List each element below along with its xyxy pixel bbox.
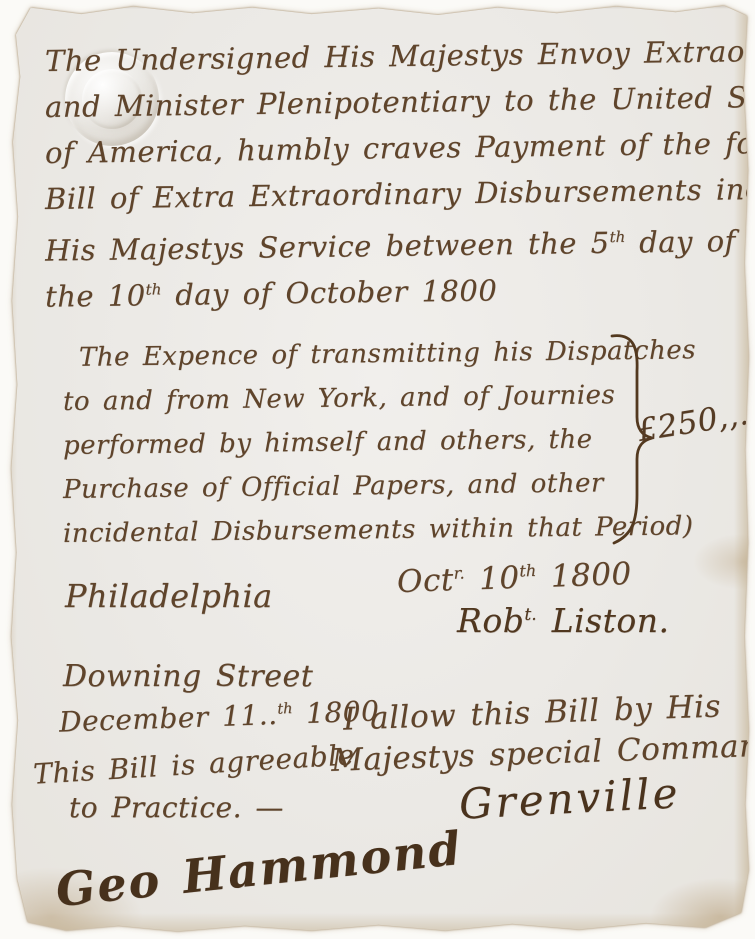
endorsement-date-text: December 11.. <box>59 698 279 739</box>
place-written: Philadelphia <box>65 577 273 615</box>
petition-line-6: the 10th day of October 1800 <box>45 258 755 314</box>
petition-line-6-text: the 10 <box>45 278 146 313</box>
claim-line-5: incidental Disbursements within that Per… <box>63 505 623 556</box>
manuscript-paper-sheet: The Undersigned His Majestys Envoy Extra… <box>7 2 750 935</box>
signature-last: Liston. <box>537 601 670 640</box>
claim-line-1: The Expence of transmitting his Dispatch… <box>63 329 623 380</box>
ordinal-superscript: th <box>145 280 161 298</box>
claim-line-2: to and from New York, and of Journies <box>63 373 623 424</box>
endorsement-address: Downing Street <box>63 659 313 694</box>
date-year: 1800 <box>536 556 632 595</box>
expense-claim-paragraph: The Expence of transmitting his Dispatch… <box>63 336 623 556</box>
abbreviation-superscript: t. <box>524 605 536 625</box>
endorsement-date: December 11..th 1800 <box>59 694 380 738</box>
scanned-document: The Undersigned His Majestys Envoy Extra… <box>0 0 755 939</box>
ordinal-superscript: th <box>519 561 537 581</box>
date-month: Oct <box>396 562 454 600</box>
petition-paragraph: The Undersigned His Majestys Envoy Extra… <box>45 38 755 314</box>
abbreviation-superscript: r. <box>453 563 465 582</box>
petition-line-5-rest: day of July and <box>625 222 755 260</box>
petition-line-6-rest: day of October 1800 <box>161 273 497 312</box>
endorsement-note-line-2: to Practice. — <box>69 791 284 824</box>
signature-first: Rob <box>457 601 524 640</box>
claim-line-4: Purchase of Official Papers, and other <box>63 461 623 512</box>
endorsement-note-line-1: This Bill is agreeable <box>32 738 355 791</box>
ordinal-superscript: th <box>609 228 625 246</box>
date-day: 10 <box>464 560 520 598</box>
claim-line-3: performed by himself and others, the <box>63 417 623 468</box>
ordinal-superscript: th <box>277 700 293 718</box>
hammond-signature: Geo Hammond <box>53 821 465 917</box>
date-written: Octr. 10th 1800 <box>396 556 632 600</box>
grenville-signature: Grenville <box>458 768 682 829</box>
liston-signature: Robt. Liston. <box>457 601 669 640</box>
